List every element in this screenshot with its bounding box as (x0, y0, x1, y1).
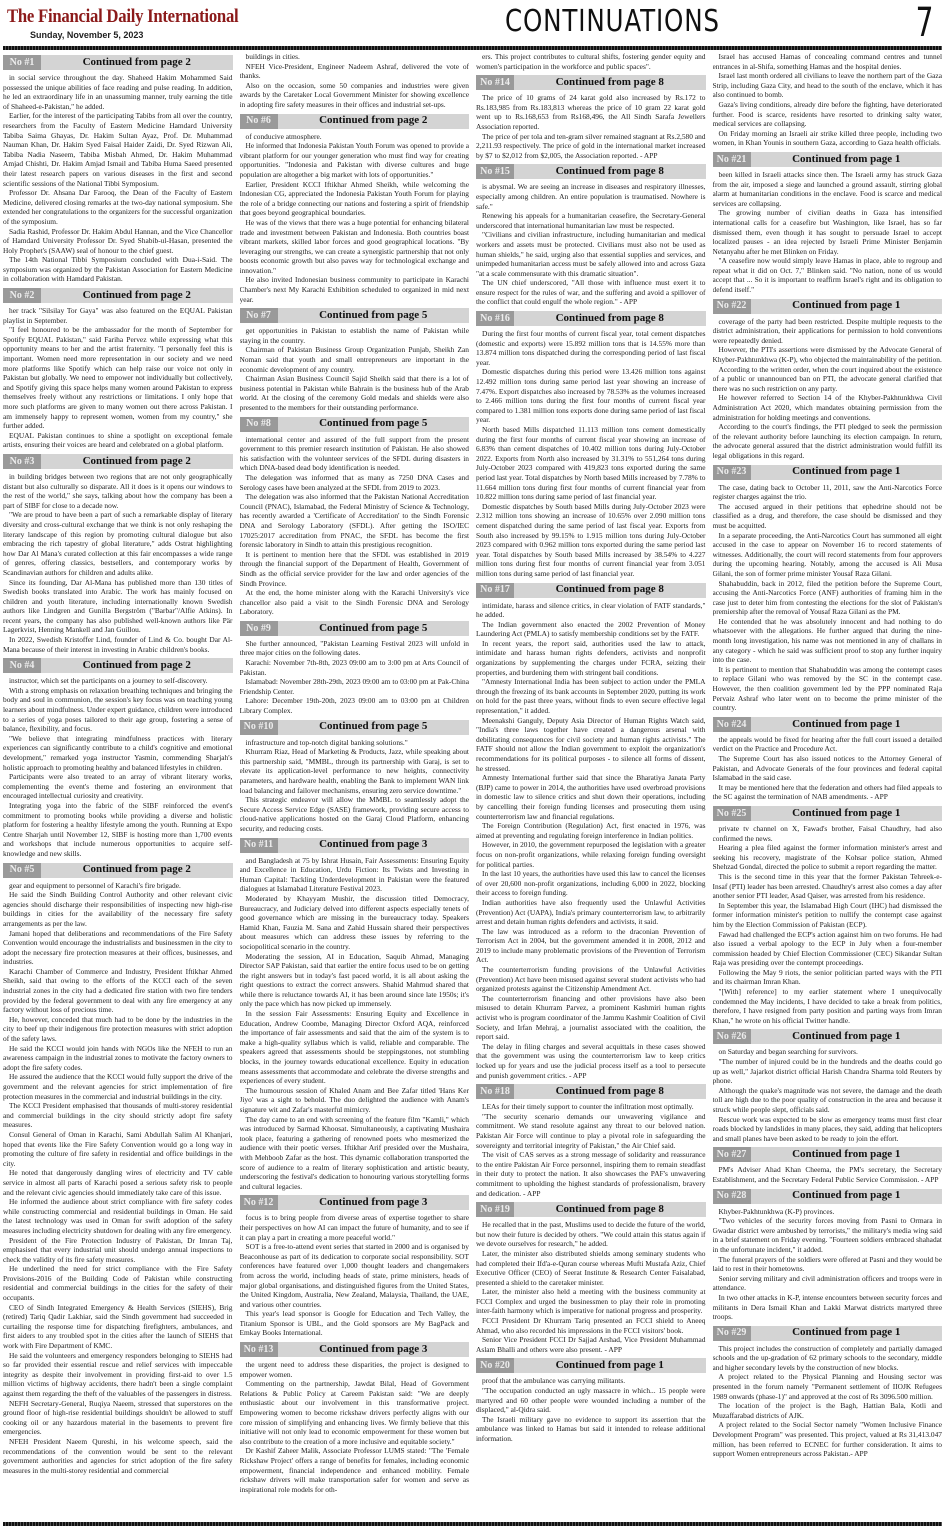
paragraph: He assured the audience that the KCCI wo… (3, 1072, 233, 1101)
continuation-story: No #20Continued from page 1proof that th… (476, 1358, 706, 1443)
continuation-story: No #23Continued from page 1The case, dat… (713, 465, 943, 713)
paragraph: SOT is a free-to-attend event series tha… (240, 1242, 470, 1309)
paragraph: "The security scenario demands our unwav… (476, 1112, 706, 1150)
paragraph: "We are proud to have been a part of suc… (3, 510, 233, 577)
continued-from-label: Continued from page 8 (514, 1205, 706, 1215)
paragraph: During the first four months of current … (476, 329, 706, 367)
continued-from-label: Continued from page 2 (41, 291, 233, 301)
paragraph: The counterterrorism financing and other… (476, 994, 706, 1042)
continuation-story: No #28Continued from page 1Khyber-Pakhtu… (713, 1189, 943, 1322)
paragraph: ers. This project contributes to cultura… (476, 52, 706, 71)
paragraph: Moderating the session, AI in Education,… (240, 952, 470, 1010)
paragraph: He said the volunteers and emergency res… (3, 1351, 233, 1399)
continuation-header: No #27Continued from page 1 (713, 1147, 943, 1162)
paragraph: and Bangladesh at 75 by Ishrat Husain, F… (240, 856, 470, 894)
paragraph: "Amnesty International India has been su… (476, 677, 706, 715)
paragraph: intimidate, harass and silence critics, … (476, 601, 706, 620)
paragraph: This project includes the construction o… (713, 1344, 943, 1373)
continuation-header: No #20Continued from page 1 (476, 1358, 706, 1373)
continuation-story: No #26Continued from page 1on Saturday a… (713, 1029, 943, 1143)
section-title: CONTINUATIONS (505, 4, 720, 39)
continuation-header: No #26Continued from page 1 (713, 1029, 943, 1044)
paragraph: Khurram Riaz, Head of Marketing & Produc… (240, 747, 470, 795)
paragraph: Following the May 9 riots, the senior po… (713, 968, 943, 987)
paragraph: The accused argued in their petitions th… (713, 502, 943, 531)
story-number-badge: No #8 (240, 417, 278, 432)
continued-text: Israel has accused Hamas of concealing c… (713, 52, 943, 148)
story-number-badge: No #15 (476, 164, 514, 179)
continuation-story: No #7Continued from page 5get opportunit… (240, 308, 470, 412)
paragraph: private tv channel on X, Fawad's brother… (713, 824, 943, 843)
story-number-badge: No #23 (713, 465, 751, 480)
paragraph: In two other attacks in K-P, intense enc… (713, 1293, 943, 1322)
paragraph: Karachi Chamber of Commerce and Industry… (3, 967, 233, 1015)
continuation-header: No #10Continued from page 5 (240, 720, 470, 735)
story-number-badge: No #26 (713, 1029, 751, 1044)
continuation-header: No #22Continued from page 1 (713, 299, 943, 314)
continuation-header: No #16Continued from page 8 (476, 311, 706, 326)
continuation-story: No #2Continued from page 2her track "Sil… (3, 288, 233, 450)
paragraph: her track "Silsilay Tor Gaya" was also f… (3, 306, 233, 325)
paragraph: "[With] reference] to my earlier stateme… (713, 987, 943, 1025)
paragraph: The visit of CAS serves as a strong mess… (476, 1150, 706, 1198)
continuation-header: No #21Continued from page 1 (713, 152, 943, 167)
paragraph: Senior Vice President FCCI Dr Sajjad Ars… (476, 1335, 706, 1354)
paragraph: Domestic dispatches during this period w… (476, 367, 706, 425)
paragraph: It may be mentioned here that the federa… (713, 783, 943, 802)
story-number-badge: No #4 (3, 658, 41, 673)
continued-from-label: Continued from page 3 (278, 1345, 470, 1355)
story-number-badge: No #10 (240, 720, 278, 735)
paragraph: Sadia Rashid, Professor Dr. Hakim Abdul … (3, 227, 233, 256)
paragraph: It is pertinent to mention that Shahabud… (713, 665, 943, 713)
newspaper-name: The Financial Daily International (7, 6, 238, 28)
paragraph: Chairman of Pakistan Business Group Orga… (240, 345, 470, 374)
paragraph: With a strong emphasis on relaxation bre… (3, 686, 233, 734)
paragraph: In 2022, Swedish Kristoffer Lind, founde… (3, 635, 233, 654)
paragraph: Jamani hoped that deliberations and reco… (3, 929, 233, 967)
paragraph: PM's Adviser Ahad Khan Cheema, the PM's … (713, 1165, 943, 1184)
paragraph: coverage of the party had been restricte… (713, 317, 943, 346)
continuation-story: No #16Continued from page 8During the fi… (476, 311, 706, 578)
continuation-header: No #13Continued from page 3 (240, 1342, 470, 1357)
paragraph: international center and assured of the … (240, 435, 470, 473)
continuation-story: No #6Continued from page 2of conducive a… (240, 114, 470, 305)
story-number-badge: No #11 (240, 838, 278, 853)
paragraph: proof that the ambulance was carrying mi… (476, 1376, 706, 1386)
continuation-header: No #23Continued from page 1 (713, 465, 943, 480)
continued-from-label: Continued from page 3 (278, 1198, 470, 1208)
paragraph: In the session Fair Assessments: Ensurin… (240, 1009, 470, 1086)
paragraph: Commenting on the partnership, Jawdat Bi… (240, 1379, 470, 1446)
continuation-header: No #29Continued from page 1 (713, 1326, 943, 1341)
article-columns: No #1Continued from page 2in social serv… (3, 52, 942, 1520)
paragraph: The delegation was informed that as many… (240, 473, 470, 492)
paragraph: Israel has accused Hamas of concealing c… (713, 52, 943, 71)
paragraph: He however referred to Section 14 of the… (713, 393, 943, 422)
continuation-story: No #9Continued from page 5She further an… (240, 621, 470, 716)
continued-from-label: Continued from page 2 (41, 457, 233, 467)
continuation-story: No #10Continued from page 5infrastructur… (240, 720, 470, 834)
story-number-badge: No #9 (240, 621, 278, 636)
paragraph: The growing number of civilian deaths in… (713, 208, 943, 256)
paragraph: get opportunities in Pakistan to establi… (240, 326, 470, 345)
continuation-header: No #2Continued from page 2 (3, 288, 233, 303)
continued-from-label: Continued from page 1 (751, 1032, 943, 1042)
continuation-header: No #3Continued from page 2 (3, 454, 233, 469)
paragraph: In a separate proceeding, the Anti-Narco… (713, 531, 943, 579)
paragraph: The law was introduced as a reform to th… (476, 927, 706, 965)
continued-from-label: Continued from page 5 (278, 419, 470, 429)
story-number-badge: No #24 (713, 717, 751, 732)
continued-from-label: Continued from page 1 (751, 1150, 943, 1160)
continuation-story: No #13Continued from page 3the urgent ne… (240, 1342, 470, 1494)
column-4: Israel has accused Hamas of concealing c… (713, 52, 943, 1520)
paragraph: According to the court's findings, the P… (713, 422, 943, 460)
continuation-header: No #12Continued from page 3 (240, 1195, 470, 1210)
paragraph: The humourous session of Khaled Anam and… (240, 1086, 470, 1115)
continuation-header: No #6Continued from page 2 (240, 114, 470, 129)
paragraph: In the last 10 years, the authorities ha… (476, 869, 706, 898)
paragraph: on Saturday and began searching for surv… (713, 1047, 943, 1057)
paragraph: the urgent need to address these dispari… (240, 1360, 470, 1379)
paragraph: Later, the minister also distributed shi… (476, 1249, 706, 1287)
continuation-story: No #25Continued from page 1private tv ch… (713, 806, 943, 1025)
paragraph: Also on the occasion, some 50 companies … (240, 81, 470, 110)
paragraph: is abysmal. We are seeing an increase in… (476, 182, 706, 211)
paragraph: "Two vehicles of the security forces mov… (713, 1216, 943, 1254)
page-number: 7 (915, 0, 933, 46)
paragraph: Dr Kashif Zaheer Malik, Associate Profes… (240, 1446, 470, 1494)
continued-from-label: Continued from page 5 (278, 311, 470, 321)
paragraph: This strategic endeavor will allow the M… (240, 795, 470, 833)
paragraph: Earlier, President KCCI Iftikhar Ahmed S… (240, 180, 470, 218)
story-number-badge: No #25 (713, 806, 751, 821)
continuation-story: No #21Continued from page 1been killed i… (713, 152, 943, 295)
continuation-header: No #28Continued from page 1 (713, 1189, 943, 1204)
paragraph: The day came to an end with screening of… (240, 1115, 470, 1192)
paragraph: Moderated by Khayyam Mushir, the discuss… (240, 894, 470, 952)
story-number-badge: No #18 (476, 1084, 514, 1099)
paragraph: Chairman Asian Business Council Sajid Sh… (240, 374, 470, 412)
paragraph: The counterterrorism funding provisions … (476, 965, 706, 994)
continued-text: buildings in cities.NFEH Vice-President,… (240, 52, 470, 110)
top-divider (3, 46, 942, 50)
continued-from-label: Continued from page 1 (751, 1328, 943, 1338)
paragraph: the appeals would be fixed for hearing a… (713, 735, 943, 754)
continued-from-label: Continued from page 8 (514, 78, 706, 88)
paragraph: Renewing his appeals for a humanitarian … (476, 211, 706, 230)
continuation-story: No #8Continued from page 5international … (240, 417, 470, 617)
story-number-badge: No #7 (240, 308, 278, 323)
paragraph: It is pertinent to mention here that the… (240, 550, 470, 588)
paragraph: The delay in filing charges and several … (476, 1042, 706, 1080)
paragraph: President of the Fire Protection Industr… (3, 1236, 233, 1265)
paragraph: Meenakshi Ganguly, Deputy Asia Director … (476, 716, 706, 774)
continuation-header: No #24Continued from page 1 (713, 717, 943, 732)
continued-from-label: Continued from page 8 (514, 314, 706, 324)
paragraph: in social service throughout the day. Sh… (3, 73, 233, 111)
paragraph: been killed in Israeli attacks since the… (713, 170, 943, 208)
paragraph: LEAs for their timely support to counter… (476, 1102, 706, 1112)
story-number-badge: No #27 (713, 1147, 751, 1162)
paragraph: This year's lead sponsor is Google for E… (240, 1309, 470, 1338)
masthead: The Financial Daily International Sunday… (0, 0, 945, 48)
continuation-header: No #15Continued from page 8 (476, 164, 706, 179)
continuation-story: No #4Continued from page 2instructor, wh… (3, 658, 233, 858)
paragraph: This is the second time in this year tha… (713, 872, 943, 901)
continuation-story: No #24Continued from page 1the appeals w… (713, 717, 943, 802)
paragraph: Although the quake's magnitude was not s… (713, 1086, 943, 1115)
paragraph: The Supreme Court has also issued notice… (713, 754, 943, 783)
story-number-badge: No #28 (713, 1189, 751, 1204)
bottom-divider (3, 1522, 942, 1526)
paragraph: The Indian government also enacted the 2… (476, 620, 706, 639)
paragraph: EQUAL Pakistan continues to shine a spot… (3, 431, 233, 450)
paragraph: She further announced, "Pakistan Learnin… (240, 639, 470, 658)
paragraph: Consul General of Oman in Karachi, Sami … (3, 1130, 233, 1168)
continuation-header: No #9Continued from page 5 (240, 621, 470, 636)
paragraph: The 14th National Tibbi Symposium conclu… (3, 255, 233, 284)
paragraph: NEFH Secretary-General, Ruqiya Naeem, st… (3, 1399, 233, 1437)
story-number-badge: No #21 (713, 152, 751, 167)
story-number-badge: No #17 (476, 583, 514, 598)
paragraph: North based Mills dispatched 11.113 mill… (476, 425, 706, 502)
paragraph: Professor Dr. Ahsana Dar Farooq, the Dea… (3, 188, 233, 226)
paragraph: On Friday morning an Israeli air strike … (713, 129, 943, 148)
paragraph: He said the Sindh Building Control Autho… (3, 890, 233, 928)
continued-from-label: Continued from page 1 (751, 809, 943, 819)
paragraph: Shahabuddin, back in 2012, filed the pet… (713, 579, 943, 617)
paragraph: FCCI President Dr Khurram Tariq presente… (476, 1316, 706, 1335)
paragraph: Israel last month ordered all civilians … (713, 71, 943, 100)
continued-from-label: Continued from page 2 (41, 661, 233, 671)
paragraph: He noted that dangerously dangling wires… (3, 1168, 233, 1197)
paragraph: Since its founding, Dar Al-Mana has publ… (3, 578, 233, 636)
paragraph: The Israeli military gave no evidence to… (476, 1415, 706, 1444)
paragraph: He informed the audience about strict co… (3, 1197, 233, 1235)
paragraph: Karachi: November 7th-8th, 2023 09:00 am… (240, 658, 470, 677)
paragraph: The price of per tola and ten-gram silve… (476, 132, 706, 161)
paragraph: Earlier, for the interest of the partici… (3, 111, 233, 188)
paragraph: "A ceasefire now would simply leave Hama… (713, 256, 943, 294)
story-number-badge: No #5 (3, 863, 41, 878)
continued-from-label: Continued from page 1 (751, 467, 943, 477)
continued-from-label: Continued from page 2 (41, 865, 233, 875)
paragraph: instructor, which set the participants o… (3, 676, 233, 686)
paragraph: "I feel honoured to be the ambassador fo… (3, 325, 233, 431)
story-number-badge: No #20 (476, 1358, 514, 1373)
continuation-header: No #8Continued from page 5 (240, 417, 470, 432)
paragraph: In recent years, the report said, author… (476, 639, 706, 677)
paragraph: The KCCI President emphasised that thous… (3, 1101, 233, 1130)
continuation-header: No #14Continued from page 8 (476, 75, 706, 90)
paragraph: Gaza's living conditions, already dire b… (713, 100, 943, 129)
paragraph: The price of 10 grams of 24 karat gold a… (476, 93, 706, 131)
continued-from-label: Continued from page 5 (278, 722, 470, 732)
continuation-story: No #29Continued from page 1This project … (713, 1326, 943, 1459)
continued-from-label: Continued from page 8 (514, 585, 706, 595)
continuation-story: No #5Continued from page 2gear and equip… (3, 863, 233, 1476)
paragraph: Hearing a plea filed against the former … (713, 843, 943, 872)
paragraph: "We believe that integrating mindfulness… (3, 734, 233, 772)
story-number-badge: No #6 (240, 114, 278, 129)
continuation-story: No #22Continued from page 1coverage of t… (713, 299, 943, 461)
continuation-story: No #11Continued from page 3and Banglades… (240, 838, 470, 1192)
paragraph: Later, the minister also held a meeting … (476, 1287, 706, 1316)
story-number-badge: No #1 (3, 55, 41, 70)
continuation-header: No #4Continued from page 2 (3, 658, 233, 673)
story-number-badge: No #16 (476, 311, 514, 326)
continued-from-label: Continued from page 1 (751, 301, 943, 311)
paragraph: The delegation was also informed that th… (240, 492, 470, 550)
paragraph: The funeral prayers of the soldiers were… (713, 1255, 943, 1274)
paragraph: Khyber-Pakhtunkhwa (K-P) provinces. (713, 1207, 943, 1217)
continued-from-label: Continued from page 1 (751, 720, 943, 730)
story-number-badge: No #19 (476, 1202, 514, 1217)
continuation-story: No #27Continued from page 1PM's Adviser … (713, 1147, 943, 1184)
paragraph: However, in 2010, the government repurpo… (476, 840, 706, 869)
continuation-story: No #18Continued from page 8LEAs for thei… (476, 1084, 706, 1198)
column-2: buildings in cities.NFEH Vice-President,… (240, 52, 470, 1520)
paragraph: At the end, the home minister along with… (240, 588, 470, 617)
paragraph: According to the written order, when the… (713, 365, 943, 394)
story-number-badge: No #13 (240, 1342, 278, 1357)
story-number-badge: No #2 (3, 288, 41, 303)
continuation-story: No #12Continued from page 3focus is to b… (240, 1195, 470, 1338)
paragraph: Amnesty International further said that … (476, 773, 706, 821)
paragraph: He also invited Indonesian business comm… (240, 275, 470, 304)
story-number-badge: No #22 (713, 299, 751, 314)
paragraph: He recalled that in the past, Muslims us… (476, 1220, 706, 1249)
paragraph: focus is to bring people from diverse ar… (240, 1213, 470, 1242)
paragraph: NFEH President Naeem Qureshi, in his wel… (3, 1437, 233, 1475)
paragraph: Domestic dispatches by South based Mills… (476, 502, 706, 579)
paragraph: He informed that Indonesia Pakistan Yout… (240, 141, 470, 179)
continuation-story: No #3Continued from page 2in building br… (3, 454, 233, 654)
paragraph: of conducive atmosphere. (240, 132, 470, 142)
continuation-header: No #7Continued from page 5 (240, 308, 470, 323)
paragraph: Indian authorities have also frequently … (476, 898, 706, 927)
column-1: No #1Continued from page 2in social serv… (3, 52, 233, 1520)
paragraph: The UN chief underscored, "All those wit… (476, 278, 706, 307)
paragraph: "The number of injured could be in the h… (713, 1057, 943, 1086)
continuation-header: No #17Continued from page 8 (476, 583, 706, 598)
paragraph: He was of the views that there was a hug… (240, 218, 470, 276)
continuation-header: No #25Continued from page 1 (713, 806, 943, 821)
paragraph: Integrating yoga into the fabric of the … (3, 801, 233, 859)
continuation-header: No #18Continued from page 8 (476, 1084, 706, 1099)
paragraph: Islamabad: November 28th-29th, 2023 09:0… (240, 677, 470, 696)
continued-text: ers. This project contributes to cultura… (476, 52, 706, 71)
continued-from-label: Continued from page 2 (278, 116, 470, 126)
paragraph: The location of the project is the Bagh,… (713, 1401, 943, 1420)
paragraph: The case, dating back to October 11, 201… (713, 483, 943, 502)
continuation-header: No #1Continued from page 2 (3, 55, 233, 70)
paragraph: Participants were also treated to an arr… (3, 772, 233, 801)
continued-from-label: Continued from page 1 (751, 1191, 943, 1201)
story-number-badge: No #29 (713, 1326, 751, 1341)
paragraph: gear and equipment to personnel of Karac… (3, 881, 233, 891)
continuation-header: No #11Continued from page 3 (240, 838, 470, 853)
continued-from-label: Continued from page 1 (751, 155, 943, 165)
paragraph: Fawad had challenged the ECP's action ag… (713, 930, 943, 968)
paragraph: He underlined the need for strict compli… (3, 1264, 233, 1302)
continuation-header: No #5Continued from page 2 (3, 863, 233, 878)
story-number-badge: No #12 (240, 1195, 278, 1210)
paragraph: A project related to the Physical Planni… (713, 1372, 943, 1401)
paragraph: Senior serving military and civil admini… (713, 1274, 943, 1293)
continued-from-label: Continued from page 5 (278, 624, 470, 634)
continued-from-label: Continued from page 3 (278, 840, 470, 850)
paragraph: "Civilians and civilian infrastructure, … (476, 230, 706, 278)
paragraph: He, however, conceded that much had to b… (3, 1015, 233, 1044)
column-3: ers. This project contributes to cultura… (476, 52, 706, 1520)
paragraph: infrastructure and top-notch digital ban… (240, 738, 470, 748)
paragraph: A project related to the Social Sector n… (713, 1420, 943, 1458)
paragraph: He contended that he was absolutely inno… (713, 617, 943, 665)
continuation-story: No #14Continued from page 8The price of … (476, 75, 706, 160)
continued-from-label: Continued from page 1 (514, 1361, 706, 1371)
paragraph: However, the PTI's assertions were dismi… (713, 345, 943, 364)
story-number-badge: No #14 (476, 75, 514, 90)
paragraph: "The occupation conducted an ugly massac… (476, 1386, 706, 1415)
paragraph: The Foreign Contribution (Regulation) Ac… (476, 821, 706, 840)
continued-from-label: Continued from page 2 (41, 58, 233, 68)
issue-date: Sunday, November 5, 2023 (30, 30, 143, 40)
continuation-story: No #17Continued from page 8intimidate, h… (476, 583, 706, 1081)
paragraph: In September this year, the Islamabad Hi… (713, 901, 943, 930)
paragraph: buildings in cities. (240, 52, 470, 62)
story-number-badge: No #3 (3, 454, 41, 469)
paragraph: Lahore: December 19th-20th, 2023 09:00 a… (240, 696, 470, 715)
continuation-story: No #19Continued from page 8He recalled t… (476, 1202, 706, 1354)
continuation-story: No #1Continued from page 2in social serv… (3, 55, 233, 284)
paragraph: Rescue work was expected to be slow as e… (713, 1115, 943, 1144)
paragraph: He said the KCCI would join hands with N… (3, 1044, 233, 1073)
continuation-header: No #19Continued from page 8 (476, 1202, 706, 1217)
continuation-story: No #15Continued from page 8is abysmal. W… (476, 164, 706, 307)
continued-from-label: Continued from page 8 (514, 1087, 706, 1097)
paragraph: CEO of Sindh Integrated Emergency & Heal… (3, 1303, 233, 1351)
paragraph: in building bridges between two regions … (3, 472, 233, 510)
paragraph: NFEH Vice-President, Engineer Nadeem Ash… (240, 62, 470, 81)
continued-from-label: Continued from page 8 (514, 167, 706, 177)
